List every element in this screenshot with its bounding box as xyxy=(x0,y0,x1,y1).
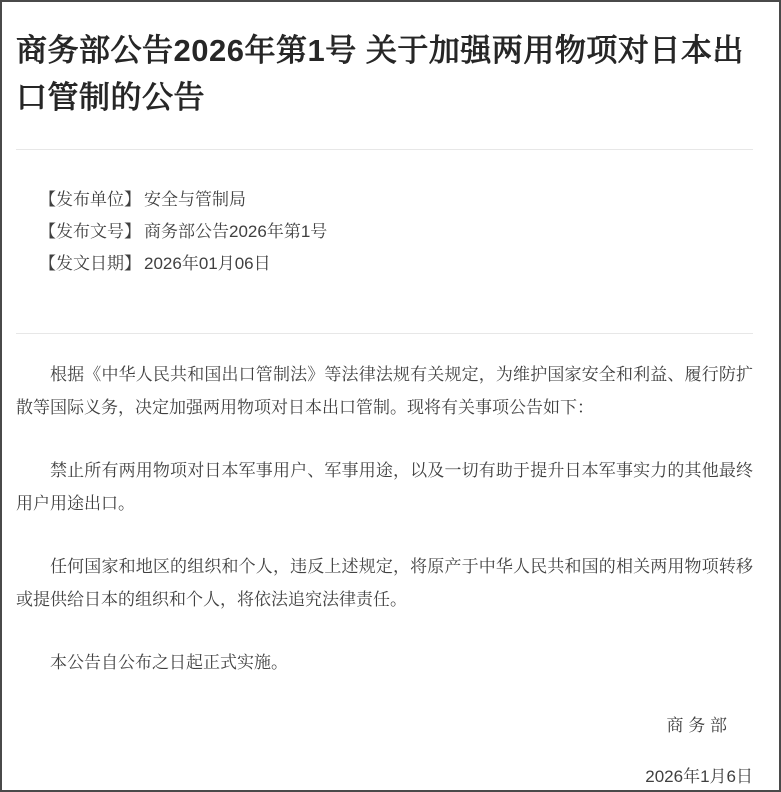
meta-value-issuing-unit: 安全与管制局 xyxy=(144,190,246,209)
page-title: 商务部公告2026年第1号 关于加强两用物项对日本出口管制的公告 xyxy=(16,27,753,121)
body-paragraph-legal-basis: 根据《中华人民共和国出口管制法》等法律法规有关规定，为维护国家安全和利益、履行防… xyxy=(16,358,753,424)
meta-label-issuing-unit: 【发布单位】 xyxy=(39,190,141,209)
announcement-page: { "page": { "title": "商务部公告2026年第1号 关于加强… xyxy=(0,0,781,792)
meta-row-issue-date: 【发文日期】2026年01月06日 xyxy=(39,248,753,280)
meta-row-document-number: 【发布文号】商务部公告2026年第1号 xyxy=(39,216,753,248)
body-paragraph-effective: 本公告自公布之日起正式实施。 xyxy=(16,646,753,679)
meta-block: 【发布单位】安全与管制局 【发布文号】商务部公告2026年第1号 【发文日期】2… xyxy=(16,150,753,333)
meta-label-issue-date: 【发文日期】 xyxy=(39,254,141,273)
meta-label-document-number: 【发布文号】 xyxy=(39,222,141,241)
meta-row-issuing-unit: 【发布单位】安全与管制局 xyxy=(39,184,753,216)
document-container: 商务部公告2026年第1号 关于加强两用物项对日本出口管制的公告 【发布单位】安… xyxy=(2,27,779,792)
meta-value-document-number: 商务部公告2026年第1号 xyxy=(144,222,327,241)
document-body: 根据《中华人民共和国出口管制法》等法律法规有关规定，为维护国家安全和利益、履行防… xyxy=(16,334,753,792)
signature-ministry: 商 务 部 xyxy=(16,709,753,742)
body-paragraph-prohibition: 禁止所有两用物项对日本军事用户、军事用途，以及一切有助于提升日本军事实力的其他最… xyxy=(16,454,753,520)
signature-date: 2026年1月6日 xyxy=(16,760,753,792)
meta-value-issue-date: 2026年01月06日 xyxy=(144,254,271,273)
body-paragraph-liability: 任何国家和地区的组织和个人，违反上述规定，将原产于中华人民共和国的相关两用物项转… xyxy=(16,550,753,616)
